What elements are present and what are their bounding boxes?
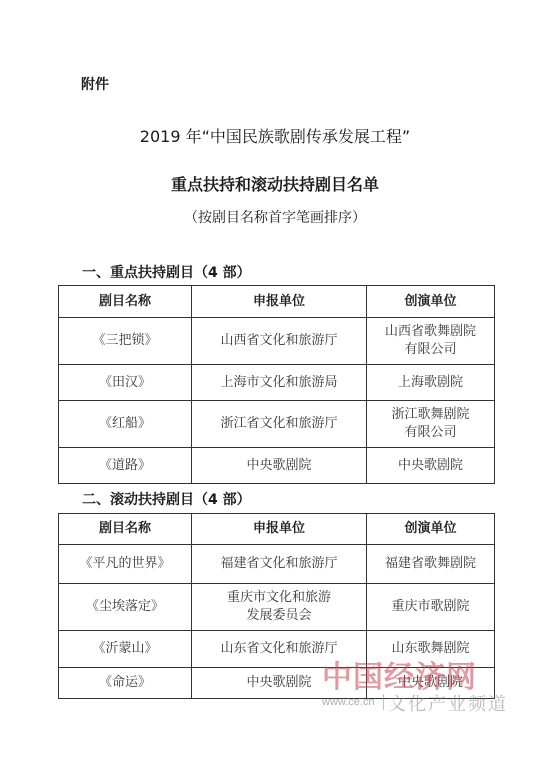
- producer: 山西省歌舞剧院有限公司: [367, 318, 495, 365]
- document-title: 2019 年“中国民族歌剧传承发展工程”: [0, 124, 550, 147]
- producer: 中央歌剧院: [367, 668, 495, 699]
- section-title-key-support: 一、重点扶持剧目（4 部）: [82, 262, 251, 282]
- applicant: 山东省文化和旅游厅: [192, 631, 367, 668]
- applicant-line1: 重庆市文化和旅游: [192, 589, 366, 607]
- play-name: 《道路》: [59, 448, 192, 484]
- header-applicant: 申报单位: [192, 286, 367, 318]
- producer-line1: 山西省歌舞剧院: [367, 323, 494, 341]
- table-row: 《尘埃落定》 重庆市文化和旅游发展委员会 重庆市歌剧院: [59, 584, 495, 631]
- play-name: 《命运》: [59, 668, 192, 699]
- table-row: 《田汉》 上海市文化和旅游局 上海歌剧院: [59, 365, 495, 401]
- play-name: 《三把锁》: [59, 318, 192, 365]
- table-header-row: 剧目名称 申报单位 创演单位: [59, 286, 495, 318]
- applicant: 福建省文化和旅游厅: [192, 545, 367, 584]
- table-row: 《三把锁》 山西省文化和旅游厅 山西省歌舞剧院有限公司: [59, 318, 495, 365]
- header-applicant: 申报单位: [192, 514, 367, 545]
- header-producer: 创演单位: [367, 286, 495, 318]
- producer: 中央歌剧院: [367, 448, 495, 484]
- document-subtitle: 重点扶持和滚动扶持剧目名单: [0, 172, 550, 195]
- play-name: 《平凡的世界》: [59, 545, 192, 584]
- play-name: 《尘埃落定》: [59, 584, 192, 631]
- producer: 上海歌剧院: [367, 365, 495, 401]
- applicant: 中央歌剧院: [192, 668, 367, 699]
- applicant: 上海市文化和旅游局: [192, 365, 367, 401]
- table-row: 《沂蒙山》 山东省文化和旅游厅 山东歌舞剧院: [59, 631, 495, 668]
- play-name: 《红船》: [59, 401, 192, 448]
- producer-line1: 浙江歌舞剧院: [367, 406, 494, 424]
- applicant: 山西省文化和旅游厅: [192, 318, 367, 365]
- section-title-rolling-support: 二、滚动扶持剧目（4 部）: [82, 489, 251, 509]
- attachment-label: 附件: [81, 74, 109, 94]
- key-support-table: 剧目名称 申报单位 创演单位 《三把锁》 山西省文化和旅游厅 山西省歌舞剧院有限…: [58, 285, 495, 484]
- play-name: 《田汉》: [59, 365, 192, 401]
- sort-note: （按剧目名称首字笔画排序）: [0, 207, 550, 227]
- producer: 山东歌舞剧院: [367, 631, 495, 668]
- producer-line2: 有限公司: [367, 341, 494, 359]
- header-play-name: 剧目名称: [59, 514, 192, 545]
- producer-line2: 有限公司: [367, 424, 494, 442]
- applicant-line2: 发展委员会: [192, 607, 366, 625]
- producer: 重庆市歌剧院: [367, 584, 495, 631]
- applicant: 浙江省文化和旅游厅: [192, 401, 367, 448]
- producer: 福建省歌舞剧院: [367, 545, 495, 584]
- producer: 浙江歌舞剧院有限公司: [367, 401, 495, 448]
- play-name: 《沂蒙山》: [59, 631, 192, 668]
- header-producer: 创演单位: [367, 514, 495, 545]
- header-play-name: 剧目名称: [59, 286, 192, 318]
- table-row: 《平凡的世界》 福建省文化和旅游厅 福建省歌舞剧院: [59, 545, 495, 584]
- table-header-row: 剧目名称 申报单位 创演单位: [59, 514, 495, 545]
- table-row: 《命运》 中央歌剧院 中央歌剧院: [59, 668, 495, 699]
- table-row: 《红船》 浙江省文化和旅游厅 浙江歌舞剧院有限公司: [59, 401, 495, 448]
- applicant: 中央歌剧院: [192, 448, 367, 484]
- rolling-support-table: 剧目名称 申报单位 创演单位 《平凡的世界》 福建省文化和旅游厅 福建省歌舞剧院…: [58, 513, 495, 699]
- table-row: 《道路》 中央歌剧院 中央歌剧院: [59, 448, 495, 484]
- applicant: 重庆市文化和旅游发展委员会: [192, 584, 367, 631]
